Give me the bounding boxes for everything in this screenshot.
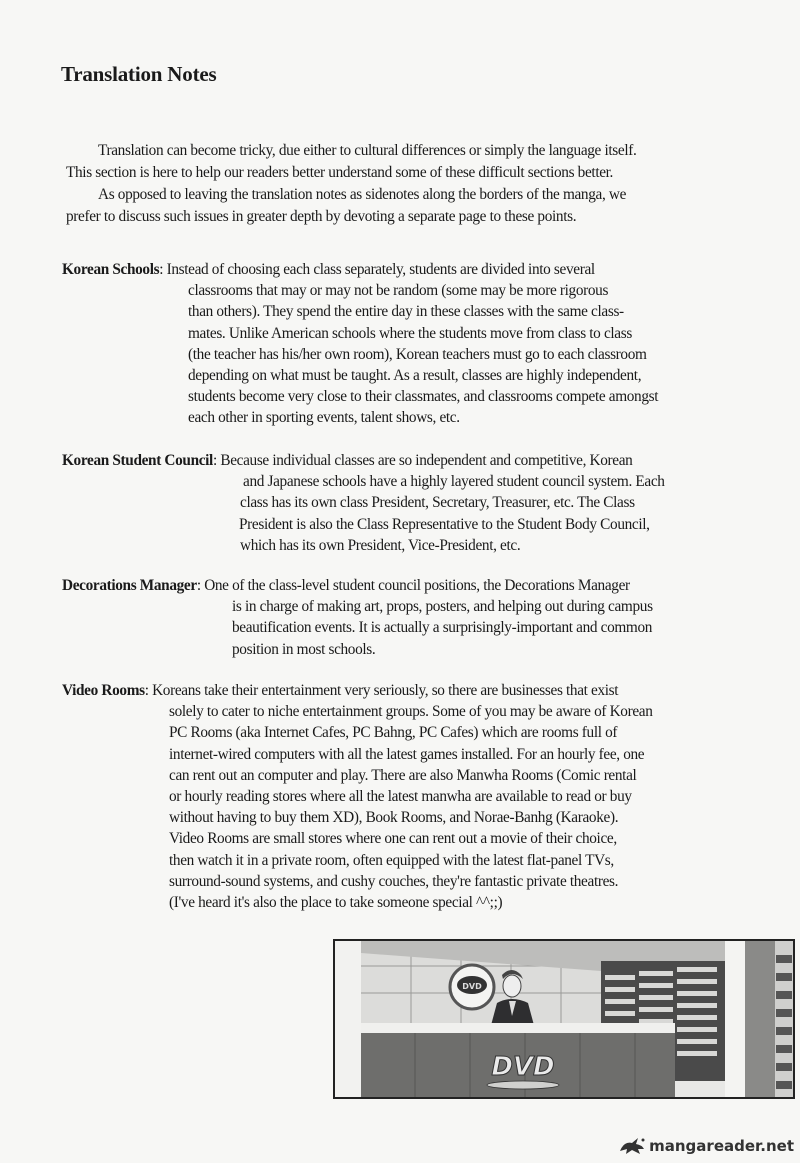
- mascot-icon: [618, 1137, 646, 1155]
- note-korean-schools: Korean Schools: Instead of choosing each…: [62, 259, 658, 429]
- note-line: each other in sporting events, talent sh…: [188, 407, 658, 428]
- intro-line: Translation can become tricky, due eithe…: [66, 140, 766, 162]
- note-line: then watch it in a private room, often e…: [169, 850, 653, 871]
- note-line: surround-sound systems, and cushy couche…: [169, 871, 653, 892]
- watermark: mangareader.net: [618, 1137, 794, 1155]
- note-line: One of the class-level student council p…: [204, 577, 630, 594]
- note-line: beautification events. It is actually a …: [232, 617, 653, 638]
- note-line: classrooms that may or may not be random…: [188, 280, 658, 301]
- note-decorations-manager: Decorations Manager: One of the class-le…: [62, 575, 653, 660]
- dvd-store-illustration: DVD: [335, 941, 793, 1097]
- note-line: and Japanese schools have a highly layer…: [243, 471, 665, 492]
- note-line: solely to cater to niche entertainment g…: [169, 701, 653, 722]
- svg-text:DVD: DVD: [491, 1052, 554, 1082]
- note-line: depending on what must be taught. As a r…: [188, 365, 658, 386]
- watermark-text: mangareader.net: [649, 1137, 794, 1155]
- note-line: or hourly reading stores where all the l…: [169, 786, 653, 807]
- note-term: Korean Schools: [62, 261, 159, 278]
- intro-paragraph: Translation can become tricky, due eithe…: [66, 140, 766, 228]
- note-line: class has its own class President, Secre…: [240, 492, 665, 513]
- note-line: internet-wired computers with all the la…: [169, 744, 653, 765]
- note-line: Video Rooms are small stores where one c…: [169, 828, 653, 849]
- intro-line: This section is here to help our readers…: [66, 162, 766, 184]
- manga-panel-dvd-store: DVD: [333, 939, 795, 1099]
- note-line: students become very close to their clas…: [188, 386, 658, 407]
- note-line: without having to buy them XD), Book Roo…: [169, 807, 653, 828]
- note-line: Because individual classes are so indepe…: [220, 452, 632, 469]
- note-line: is in charge of making art, props, poste…: [232, 596, 653, 617]
- note-line: than others). They spend the entire day …: [188, 301, 658, 322]
- note-video-rooms: Video Rooms: Koreans take their entertai…: [62, 680, 653, 913]
- note-line: (I've heard it's also the place to take …: [169, 892, 653, 913]
- note-term: Korean Student Council: [62, 452, 213, 469]
- note-line: position in most schools.: [232, 639, 653, 660]
- note-line: which has its own President, Vice-Presid…: [240, 535, 665, 556]
- page-title: Translation Notes: [61, 62, 216, 87]
- note-line: can rent out an computer and play. There…: [169, 765, 653, 786]
- note-line: mates. Unlike American schools where the…: [188, 323, 658, 344]
- note-korean-student-council: Korean Student Council: Because individu…: [62, 450, 665, 556]
- svg-text:DVD: DVD: [462, 982, 482, 991]
- note-term: Video Rooms: [62, 682, 145, 699]
- note-line: PC Rooms (aka Internet Cafes, PC Bahng, …: [169, 722, 653, 743]
- note-line: (the teacher has his/her own room), Kore…: [188, 344, 658, 365]
- intro-line: As opposed to leaving the translation no…: [66, 184, 766, 206]
- note-term: Decorations Manager: [62, 577, 197, 594]
- note-line: President is also the Class Representati…: [239, 514, 665, 535]
- note-line: Instead of choosing each class separatel…: [167, 261, 595, 278]
- note-line: Koreans take their entertainment very se…: [152, 682, 618, 699]
- intro-line: prefer to discuss such issues in greater…: [66, 206, 766, 228]
